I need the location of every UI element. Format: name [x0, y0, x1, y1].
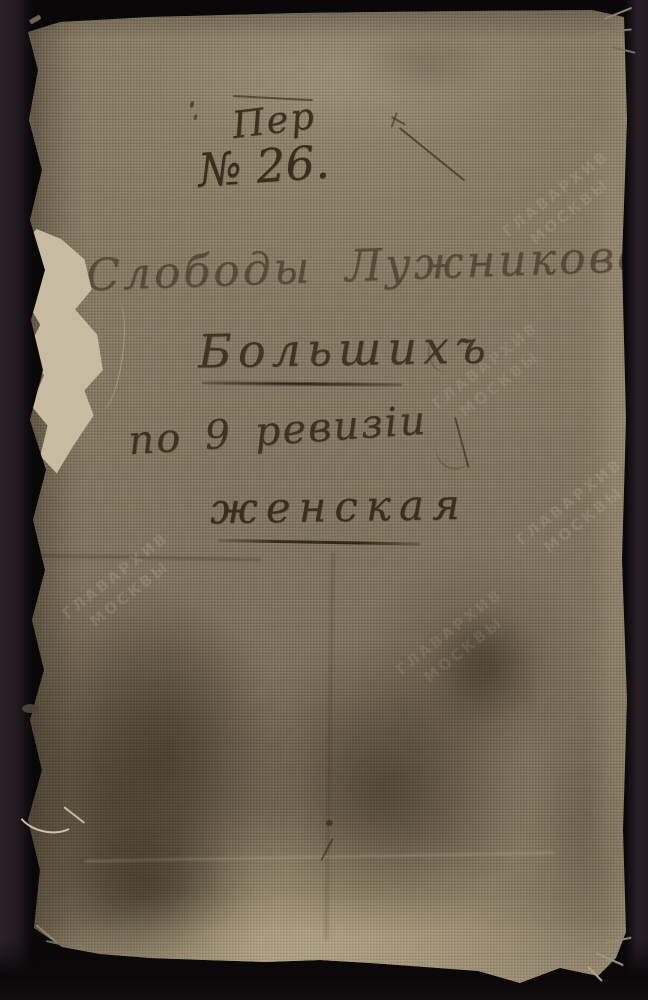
light-wear-top: [150, 18, 550, 138]
cover-number-text: № 26.: [196, 134, 331, 197]
background-left-band: [0, 0, 34, 1000]
photo-stage: Пер № 26. Слободы Лужниковой Большихъ по…: [0, 0, 648, 1000]
background-right-band: [624, 0, 648, 1000]
ink-spot: [326, 820, 333, 826]
book-cover: Пер № 26. Слободы Лужниковой Большихъ по…: [0, 0, 648, 1000]
thread-knot: [22, 704, 38, 713]
cover-title-line4: женская: [210, 480, 469, 533]
